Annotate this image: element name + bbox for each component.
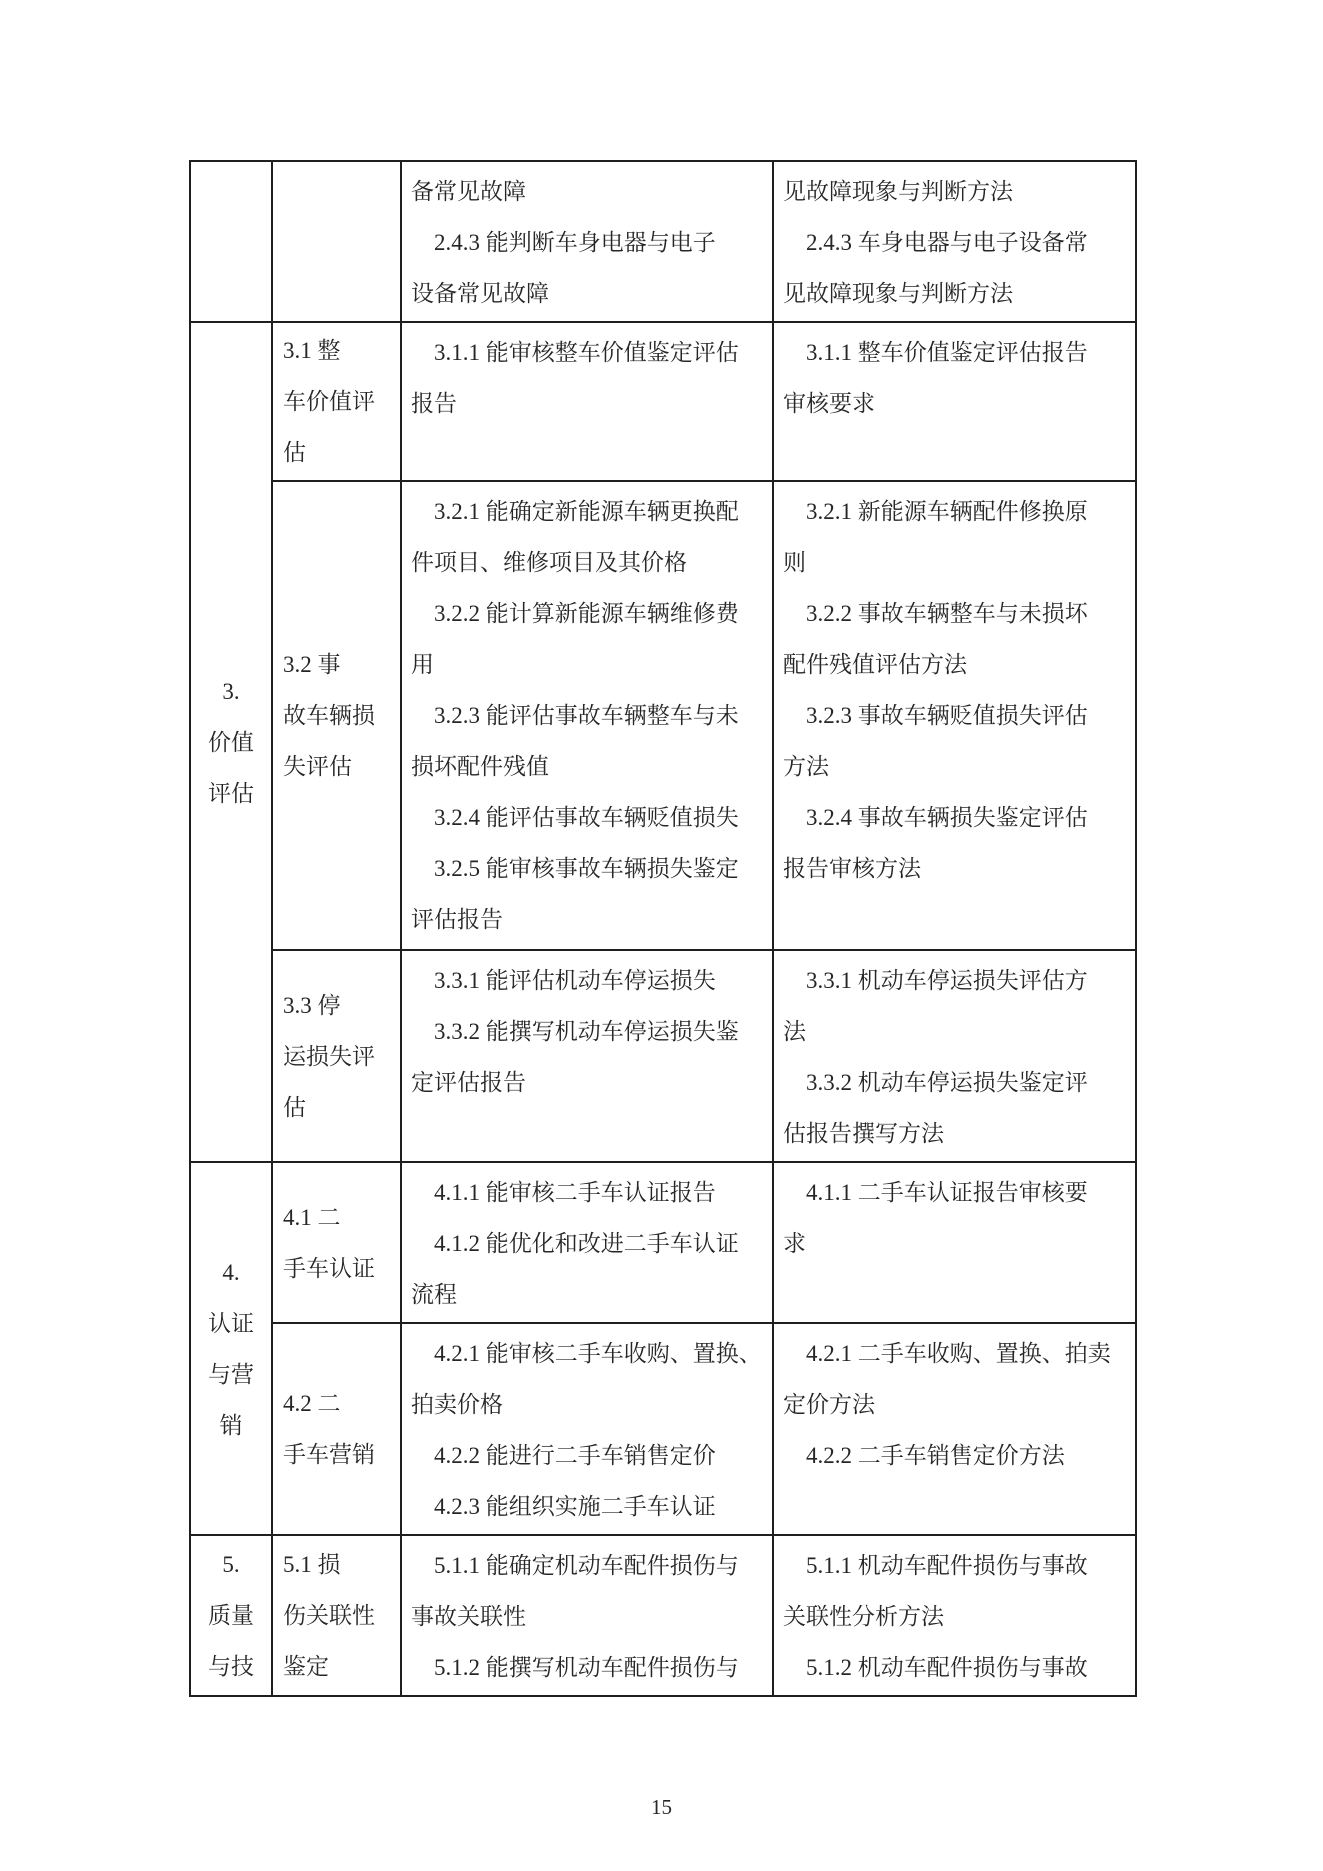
cell-section-5: 5. 质量 与技 [190,1535,272,1696]
document-page: 备常见故障 2.4.3 能判断车身电器与电子 设备常见故障 见故障现象与判断方法… [0,0,1323,1871]
cell-knowledge-5-1: 5.1.1 机动车配件损伤与事故 关联性分析方法 5.1.2 机动车配件损伤与事… [773,1535,1136,1696]
cell-section-4: 4. 认证 与营 销 [190,1162,272,1535]
occupation-standard-table: 备常见故障 2.4.3 能判断车身电器与电子 设备常见故障 见故障现象与判断方法… [189,160,1137,1697]
cell-skills-3-3: 3.3.1 能评估机动车停运损失 3.3.2 能撰写机动车停运损失鉴 定评估报告 [401,950,773,1162]
cell-skills-3-2: 3.2.1 能确定新能源车辆更换配 件项目、维修项目及其价格 3.2.2 能计算… [401,481,773,950]
cell-task-4-1: 4.1 二 手车认证 [272,1162,401,1323]
table-row-5-1: 5. 质量 与技 5.1 损 伤关联性 鉴定 5.1.1 能确定机动车配件损伤与… [190,1535,1136,1696]
table-row-3-2: 3.2 事 故车辆损 失评估 3.2.1 能确定新能源车辆更换配 件项目、维修项… [190,481,1136,950]
cell-task-3-2: 3.2 事 故车辆损 失评估 [272,481,401,950]
cell-skills-4-1: 4.1.1 能审核二手车认证报告 4.1.2 能优化和改进二手车认证 流程 [401,1162,773,1323]
cell-skills-2-4: 备常见故障 2.4.3 能判断车身电器与电子 设备常见故障 [401,161,773,322]
cell-knowledge-2-4: 见故障现象与判断方法 2.4.3 车身电器与电子设备常 见故障现象与判断方法 [773,161,1136,322]
cell-task-empty [272,161,401,322]
table-row-3-1: 3. 价值 评估 3.1 整 车价值评 估 3.1.1 能审核整车价值鉴定评估 … [190,322,1136,481]
cell-section-empty [190,161,272,322]
cell-task-3-1: 3.1 整 车价值评 估 [272,322,401,481]
cell-knowledge-3-3: 3.3.1 机动车停运损失评估方 法 3.3.2 机动车停运损失鉴定评 估报告撰… [773,950,1136,1162]
cell-knowledge-4-1: 4.1.1 二手车认证报告审核要 求 [773,1162,1136,1323]
cell-task-3-3: 3.3 停 运损失评 估 [272,950,401,1162]
table-row-4-1: 4. 认证 与营 销 4.1 二 手车认证 4.1.1 能审核二手车认证报告 4… [190,1162,1136,1323]
cell-knowledge-3-1: 3.1.1 整车价值鉴定评估报告 审核要求 [773,322,1136,481]
cell-section-3: 3. 价值 评估 [190,322,272,1162]
cell-task-4-2: 4.2 二 手车营销 [272,1323,401,1535]
cell-skills-3-1: 3.1.1 能审核整车价值鉴定评估 报告 [401,322,773,481]
cell-skills-4-2: 4.2.1 能审核二手车收购、置换、 拍卖价格 4.2.2 能进行二手车销售定价… [401,1323,773,1535]
cell-knowledge-3-2: 3.2.1 新能源车辆配件修换原 则 3.2.2 事故车辆整车与未损坏 配件残值… [773,481,1136,950]
page-number: 15 [0,1795,1323,1820]
table-row-3-3: 3.3 停 运损失评 估 3.3.1 能评估机动车停运损失 3.3.2 能撰写机… [190,950,1136,1162]
cell-knowledge-4-2: 4.2.1 二手车收购、置换、拍卖 定价方法 4.2.2 二手车销售定价方法 [773,1323,1136,1535]
table-row-2-4-continuation: 备常见故障 2.4.3 能判断车身电器与电子 设备常见故障 见故障现象与判断方法… [190,161,1136,322]
cell-skills-5-1: 5.1.1 能确定机动车配件损伤与 事故关联性 5.1.2 能撰写机动车配件损伤… [401,1535,773,1696]
table-row-4-2: 4.2 二 手车营销 4.2.1 能审核二手车收购、置换、 拍卖价格 4.2.2… [190,1323,1136,1535]
cell-task-5-1: 5.1 损 伤关联性 鉴定 [272,1535,401,1696]
